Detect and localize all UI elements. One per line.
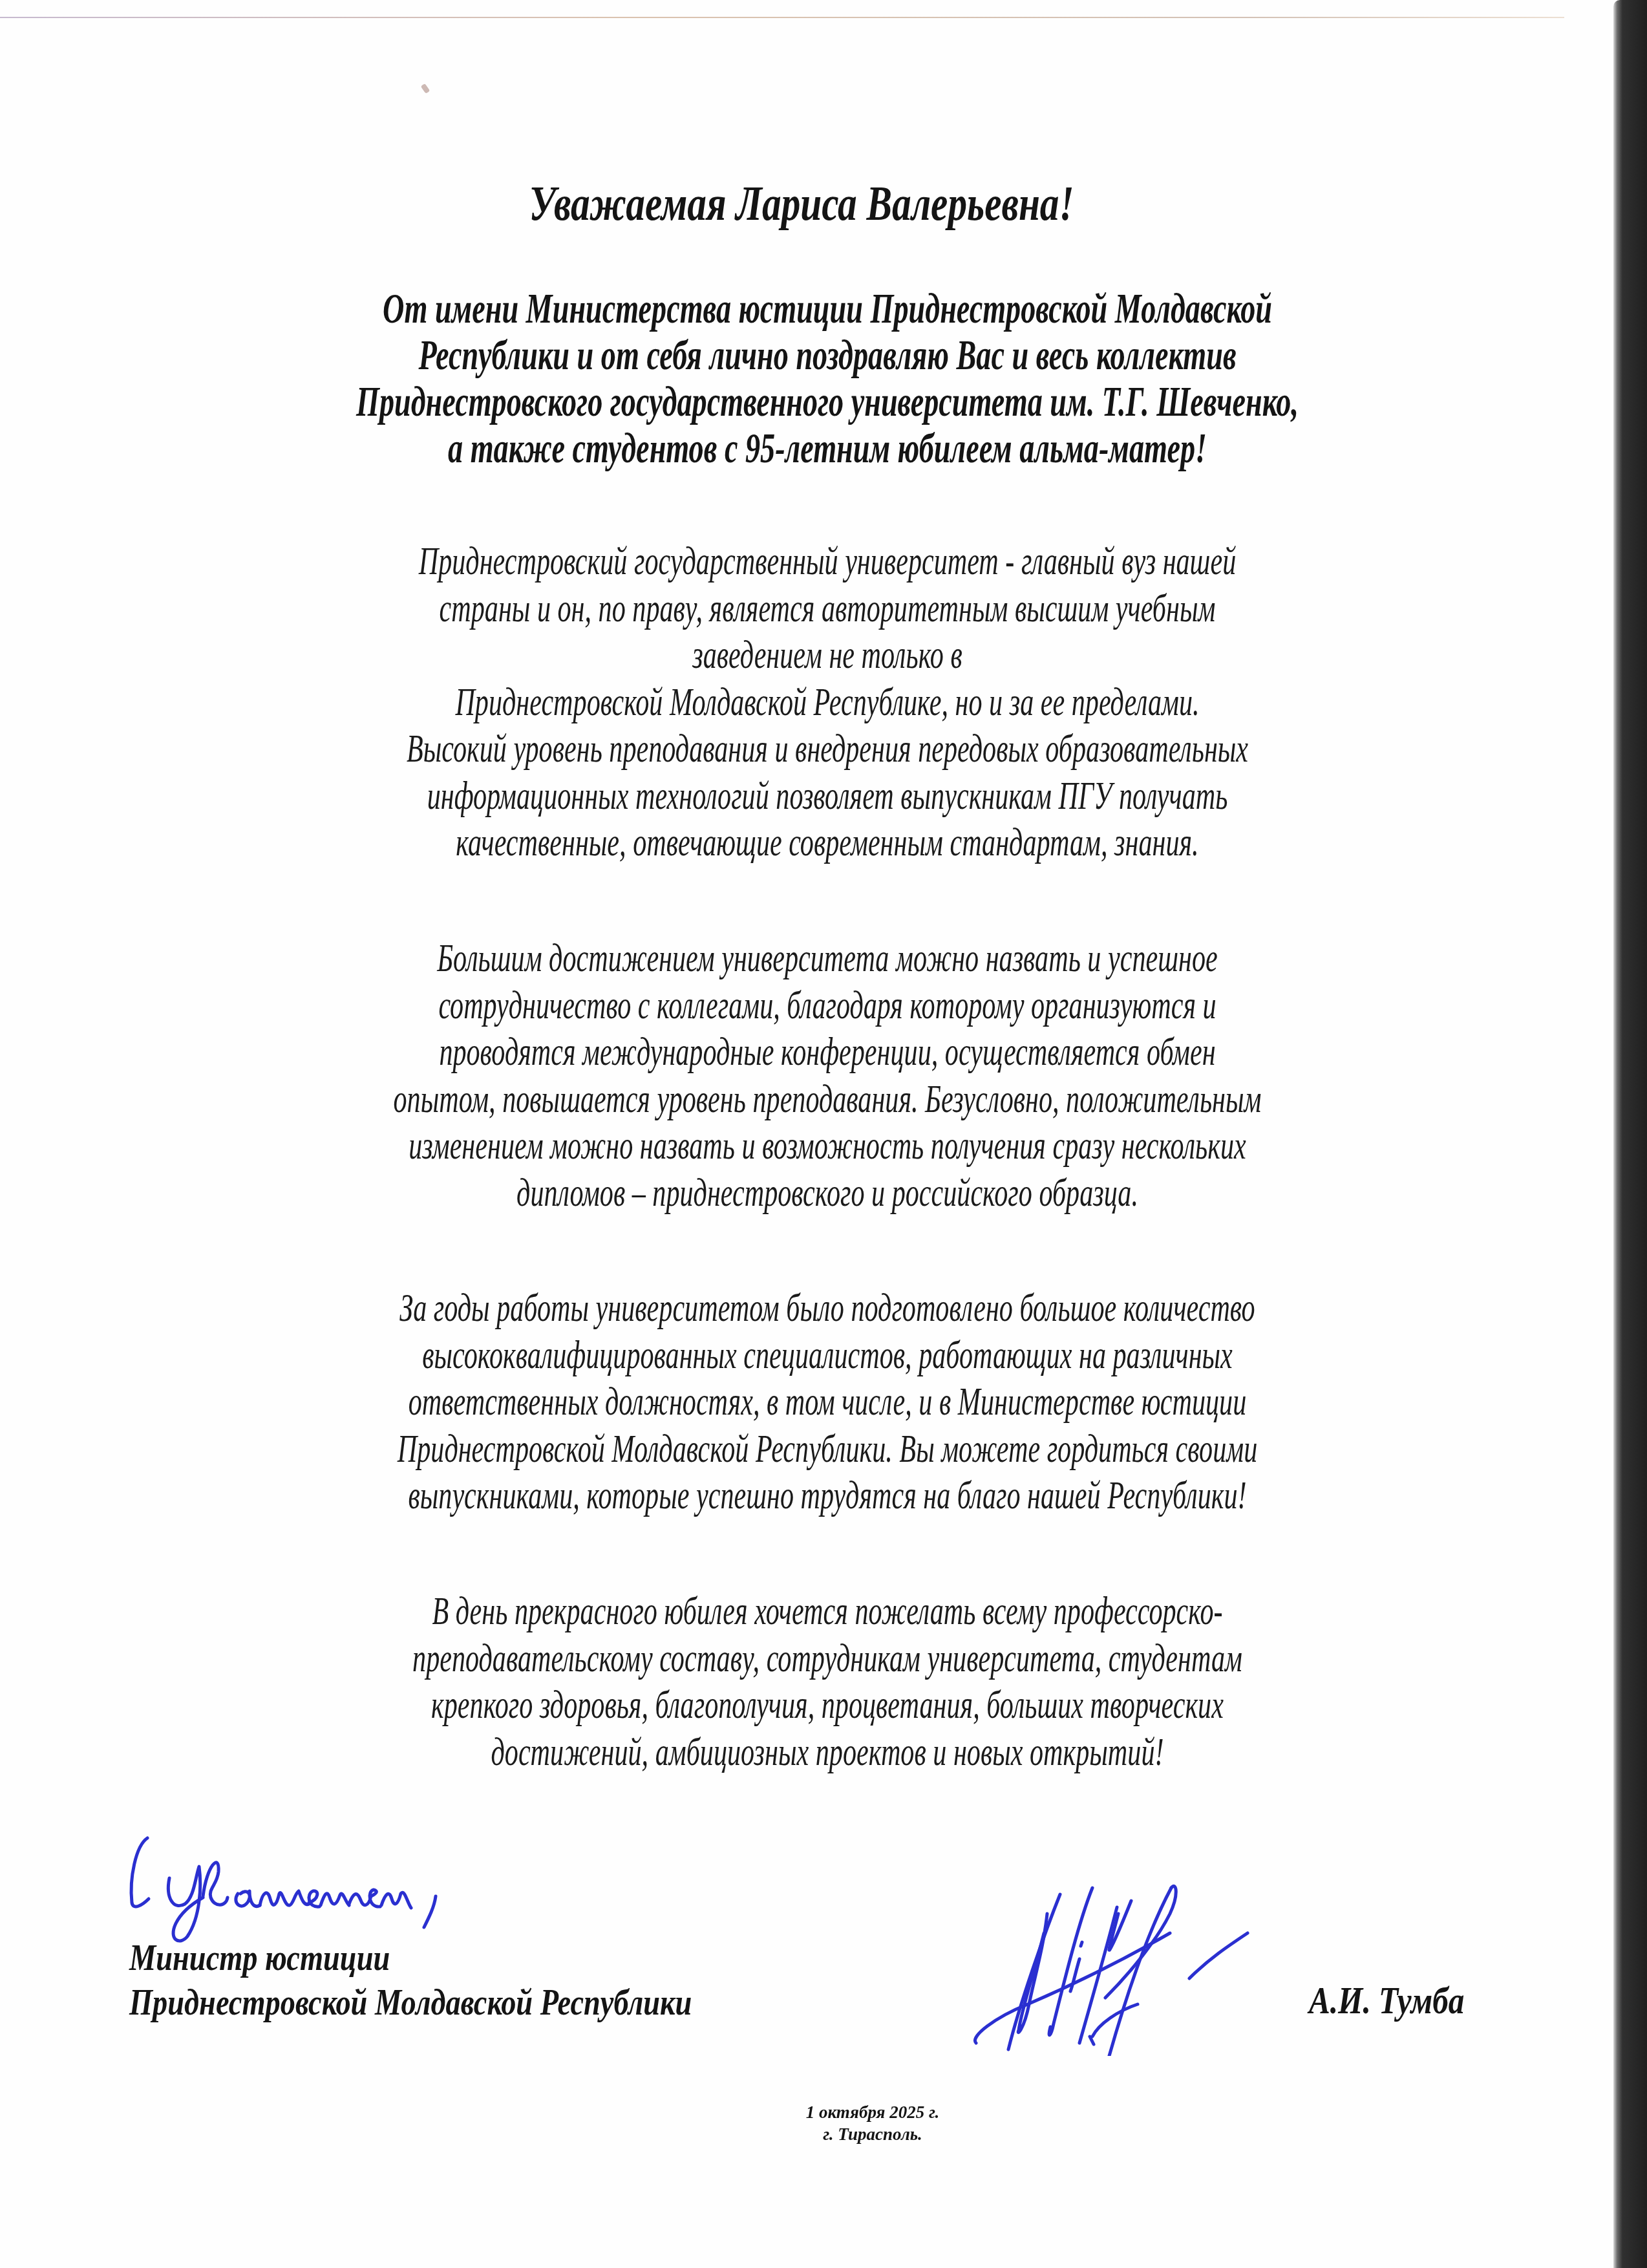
salutation: Уважаемая Лариса Валерьевна!	[257, 175, 1346, 233]
paragraph-line: проводятся международные конференции, ос…	[124, 1029, 1531, 1076]
signer-title-line: Министр юстиции	[129, 1935, 692, 1980]
body-paragraph-3: За годы работы университетом было подгот…	[124, 1285, 1531, 1519]
paragraph-line: Приднестровской Молдавской Республике, н…	[124, 679, 1531, 726]
paragraph-line: информационных технологий позволяет выпу…	[124, 773, 1531, 820]
letter-footer: 1 октября 2025 г. г. Тирасполь.	[711, 2101, 1034, 2145]
intro-paragraph: От имени Министерства юстиции Приднестро…	[149, 286, 1506, 472]
handwritten-closing-icon: С уважением,	[123, 1826, 485, 1949]
paragraph-line: высококвалифицированных специалистов, ра…	[124, 1332, 1531, 1379]
paragraph-line: Приднестровской Молдавской Республики. В…	[124, 1426, 1531, 1473]
paragraph-line: изменением можно назвать и возможность п…	[124, 1122, 1531, 1170]
letter-place: г. Тирасполь.	[711, 2123, 1034, 2145]
paper-speck	[421, 83, 430, 94]
paragraph-line: качественные, отвечающие современным ста…	[124, 819, 1531, 866]
paragraph-line: преподавательскому составу, сотрудникам …	[124, 1635, 1531, 1682]
signer-name: А.И. Тумба	[1309, 1978, 1464, 2023]
scan-top-edge	[0, 17, 1564, 18]
paragraph-line: Приднестровский государственный универси…	[124, 538, 1531, 585]
intro-line: а также студентов с 95-летним юбилеем ал…	[149, 425, 1506, 472]
body-paragraph-1: Приднестровский государственный универси…	[124, 538, 1531, 866]
paragraph-line: ответственных должностях, в том числе, и…	[124, 1378, 1531, 1426]
signer-title: Министр юстиции Приднестровской Молдавск…	[129, 1935, 692, 2024]
body-paragraph-2: Большим достижением университета можно н…	[124, 935, 1531, 1216]
intro-line: Республики и от себя лично поздравляю Ва…	[149, 332, 1506, 379]
paragraph-line: достижений, амбициозных проектов и новых…	[124, 1729, 1531, 1776]
paragraph-line: страны и он, по праву, является авторите…	[124, 585, 1531, 632]
paragraph-line: сотрудничество с коллегами, благодаря ко…	[124, 982, 1531, 1029]
scan-right-edge	[1613, 0, 1647, 2268]
paragraph-line: дипломов – приднестровского и российског…	[124, 1170, 1531, 1217]
signature-icon	[957, 1875, 1344, 2056]
letter-page: Уважаемая Лариса Валерьевна! От имени Ми…	[0, 0, 1647, 2268]
paragraph-line: За годы работы университетом было подгот…	[124, 1285, 1531, 1332]
paragraph-line: заведением не только в	[124, 632, 1531, 679]
body-paragraph-4: В день прекрасного юбилея хочется пожела…	[124, 1588, 1531, 1775]
paragraph-line: В день прекрасного юбилея хочется пожела…	[124, 1588, 1531, 1635]
paragraph-line: Большим достижением университета можно н…	[124, 935, 1531, 982]
intro-line: Приднестровского государственного универ…	[149, 379, 1506, 425]
paragraph-line: Высокий уровень преподавания и внедрения…	[124, 725, 1531, 773]
paragraph-line: крепкого здоровья, благополучия, процвет…	[124, 1682, 1531, 1729]
signer-title-line: Приднестровской Молдавской Республики	[129, 1980, 692, 2024]
intro-line: От имени Министерства юстиции Приднестро…	[149, 286, 1506, 332]
paragraph-line: опытом, повышается уровень преподавания.…	[124, 1076, 1531, 1123]
letter-date: 1 октября 2025 г.	[711, 2101, 1034, 2123]
paragraph-line: выпускниками, которые успешно трудятся н…	[124, 1472, 1531, 1519]
